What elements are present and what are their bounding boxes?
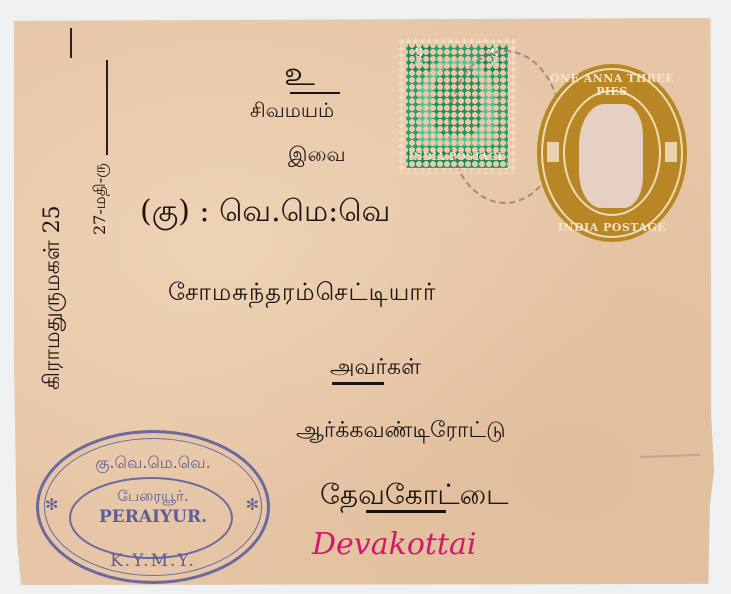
indicium-top-text: ONE ANNA THREE PIES xyxy=(537,72,687,98)
star-icon: ✻ xyxy=(45,495,58,514)
address-line-initials: (கு) : வெ.மெ:வெ xyxy=(140,194,390,233)
side-note-date: 27-மதி-ரு xyxy=(90,163,111,235)
stamp-value-unit: PS xyxy=(484,61,506,69)
town-underline xyxy=(366,510,446,513)
address-line-honorific: அவர்கள் xyxy=(330,355,421,383)
stamp-value-left: 9 PS xyxy=(408,46,430,72)
stamp-design: 9 PS 9 PS INDIA POSTAGE xyxy=(406,44,508,168)
side-rule xyxy=(70,28,72,58)
printed-indicium: ONE ANNA THREE PIES INDIA POSTAGE xyxy=(537,64,687,242)
rubber-stamp-place-tamil: பேரையூர். xyxy=(39,487,267,507)
rubber-stamp-initials-tamil: கு.வெ.மெ.வெ. xyxy=(39,453,267,474)
address-line-street: ஆர்க்கவண்டிரோட்டு xyxy=(296,418,506,446)
sender-rubber-stamp: கு.வெ.மெ.வெ. பேரையூர். PERAIYUR. K.Y.M.Y… xyxy=(36,430,270,584)
honorific-underline xyxy=(332,382,384,385)
stamp-value-right: 9 PS xyxy=(484,46,506,72)
indicium-panel xyxy=(665,142,677,162)
king-profile-icon xyxy=(579,104,643,208)
star-icon: ✻ xyxy=(246,495,259,514)
side-note-sender: கிராமதுருமகள் 25 xyxy=(40,205,68,390)
adhesive-stamp: 9 PS 9 PS INDIA POSTAGE xyxy=(398,38,516,174)
indicium-bottom-text: INDIA POSTAGE xyxy=(537,221,687,234)
address-line-sivamayam: சிவமயம் xyxy=(250,98,334,125)
indicium-panel xyxy=(547,142,559,162)
address-line-3: இவை xyxy=(288,142,346,169)
king-portrait-icon xyxy=(432,66,482,136)
stamp-label: INDIA POSTAGE xyxy=(408,150,506,166)
rubber-stamp-place-english: PERAIYUR. xyxy=(39,507,267,527)
rubber-stamp-initials-english: K.Y.M.Y. xyxy=(39,551,267,571)
invocation-underline xyxy=(290,92,340,94)
stamp-value-number: 9 xyxy=(490,46,499,61)
stamp-value-number: 9 xyxy=(414,46,423,61)
address-line-english-town: Devakottai xyxy=(312,527,476,562)
side-rule xyxy=(106,60,108,155)
address-line-name: சோமசுந்தரம்செட்டியார் xyxy=(168,278,436,309)
stamp-value-unit: PS xyxy=(408,61,430,69)
